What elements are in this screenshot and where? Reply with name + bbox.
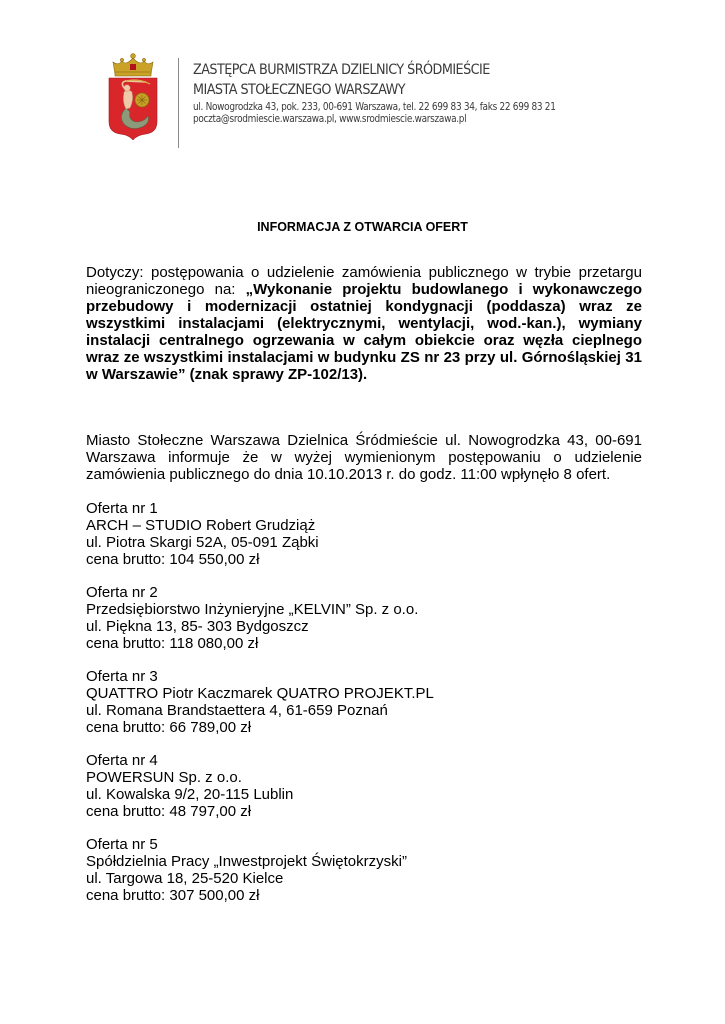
office-contact: poczta@srodmiescie.warszawa.pl, www.srod… <box>193 113 556 125</box>
offer-company: POWERSUN Sp. z o.o. <box>86 769 646 786</box>
offer-company: ARCH – STUDIO Robert Grudziąż <box>86 517 646 534</box>
office-address: ul. Nowogrodzka 43, pok. 233, 00-691 War… <box>193 101 556 113</box>
offer-price: cena brutto: 104 550,00 zł <box>86 551 646 568</box>
offer-item: Oferta nr 2 Przedsiębiorstwo Inżynieryjn… <box>86 584 646 652</box>
offer-price: cena brutto: 118 080,00 zł <box>86 635 646 652</box>
offer-company: Przedsiębiorstwo Inżynieryjne „KELVIN” S… <box>86 601 646 618</box>
offer-address: ul. Romana Brandstaettera 4, 61-659 Pozn… <box>86 702 646 719</box>
intro-paragraph: Miasto Stołeczne Warszawa Dzielnica Śród… <box>86 432 642 483</box>
offer-item: Oferta nr 1 ARCH – STUDIO Robert Grudzią… <box>86 500 646 568</box>
offer-label: Oferta nr 3 <box>86 668 646 685</box>
offer-address: ul. Piękna 13, 85- 303 Bydgoszcz <box>86 618 646 635</box>
letterhead: ZASTĘPCA BURMISTRZA DZIELNICY ŚRÓDMIEŚCI… <box>0 0 725 160</box>
offer-company: Spółdzielnia Pracy „Inwestprojekt Święto… <box>86 853 646 870</box>
offer-label: Oferta nr 2 <box>86 584 646 601</box>
office-title-line1: ZASTĘPCA BURMISTRZA DZIELNICY ŚRÓDMIEŚCI… <box>193 60 572 80</box>
warsaw-coat-of-arms-icon <box>106 52 160 140</box>
offer-address: ul. Piotra Skargi 52A, 05-091 Ząbki <box>86 534 646 551</box>
document-title: INFORMACJA Z OTWARCIA OFERT <box>0 219 725 235</box>
offer-price: cena brutto: 307 500,00 zł <box>86 887 646 904</box>
offer-price: cena brutto: 66 789,00 zł <box>86 719 646 736</box>
offer-item: Oferta nr 5 Spółdzielnia Pracy „Inwestpr… <box>86 836 646 904</box>
offer-item: Oferta nr 3 QUATTRO Piotr Kaczmarek QUAT… <box>86 668 646 736</box>
offer-item: Oferta nr 4 POWERSUN Sp. z o.o. ul. Kowa… <box>86 752 646 820</box>
office-title-line2: MIASTA STOŁECZNEGO WARSZAWY <box>193 80 572 100</box>
offer-company: QUATTRO Piotr Kaczmarek QUATRO PROJEKT.P… <box>86 685 646 702</box>
offer-price: cena brutto: 48 797,00 zł <box>86 803 646 820</box>
letterhead-text: ZASTĘPCA BURMISTRZA DZIELNICY ŚRÓDMIEŚCI… <box>193 60 615 125</box>
offer-address: ul. Kowalska 9/2, 20-115 Lublin <box>86 786 646 803</box>
offer-label: Oferta nr 4 <box>86 752 646 769</box>
offer-label: Oferta nr 1 <box>86 500 646 517</box>
letterhead-divider <box>178 58 179 148</box>
offers-list: Oferta nr 1 ARCH – STUDIO Robert Grudzią… <box>86 500 646 920</box>
subject-paragraph: Dotyczy: postępowania o udzielenie zamów… <box>86 264 642 383</box>
offer-address: ul. Targowa 18, 25-520 Kielce <box>86 870 646 887</box>
offer-label: Oferta nr 5 <box>86 836 646 853</box>
